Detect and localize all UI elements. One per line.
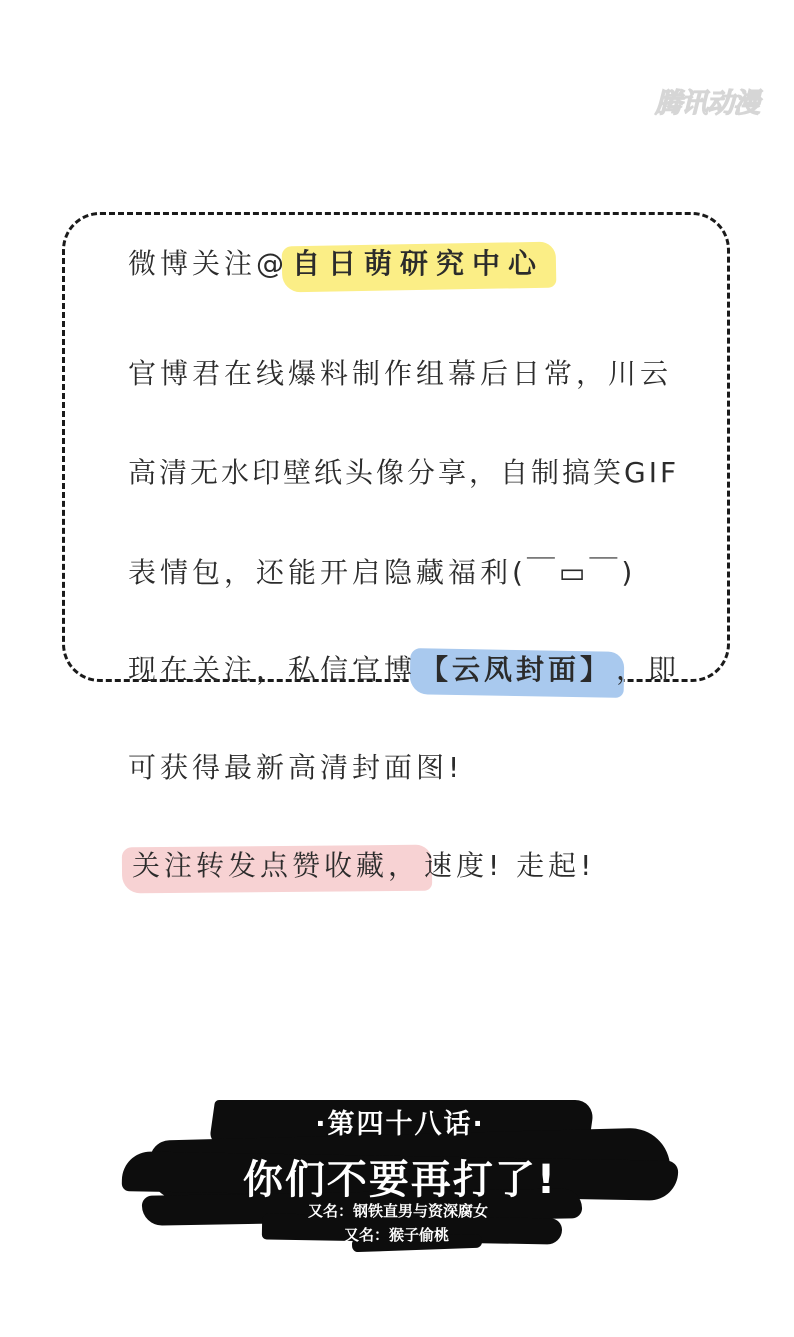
episode-title-banner: ·第四十八话· 你们不要再打了! 又名：钢铁直男与资深腐女 又名：猴子偷桃 xyxy=(122,1096,678,1256)
episode-alias-1: 又名：钢铁直男与资深腐女 xyxy=(308,1200,488,1221)
dm-prefix: 现在关注，私信官博 xyxy=(128,653,416,686)
notice-line-4: 表情包，还能开启隐藏福利(￣▭￣) xyxy=(128,553,794,593)
weibo-follow-prefix: 微博关注@ xyxy=(128,247,288,280)
cover-keyword-highlight: 【云凤封面】 xyxy=(414,650,618,690)
episode-number: ·第四十八话· xyxy=(122,1102,678,1141)
notice-line-2: 官博君在线爆料制作组幕后日常，川云 xyxy=(128,354,794,394)
episode-title: 你们不要再打了! xyxy=(122,1148,678,1205)
episode-alias-2: 又名：猴子偷桃 xyxy=(344,1224,449,1245)
tencent-comics-watermark: 腾讯动漫 xyxy=(655,86,783,122)
notice-line-7: 关注转发点赞收藏，速度! 走起! xyxy=(128,846,794,886)
notice-line-6: 可获得最新高清封面图! xyxy=(128,748,794,788)
notice-line-5: 现在关注，私信官博【云凤封面】，即 xyxy=(128,650,794,690)
dm-suffix: ，即 xyxy=(616,653,680,686)
weibo-account-highlight[interactable]: 自日萌研究中心 xyxy=(286,244,550,284)
notice-line-1: 微博关注@自日萌研究中心 xyxy=(128,244,794,284)
notice-line-3: 高清无水印壁纸头像分享，自制搞笑GIF xyxy=(128,453,794,493)
share-call-highlight: 关注转发点赞收藏， xyxy=(126,846,426,886)
go-text: 速度! 走起! xyxy=(424,849,595,882)
